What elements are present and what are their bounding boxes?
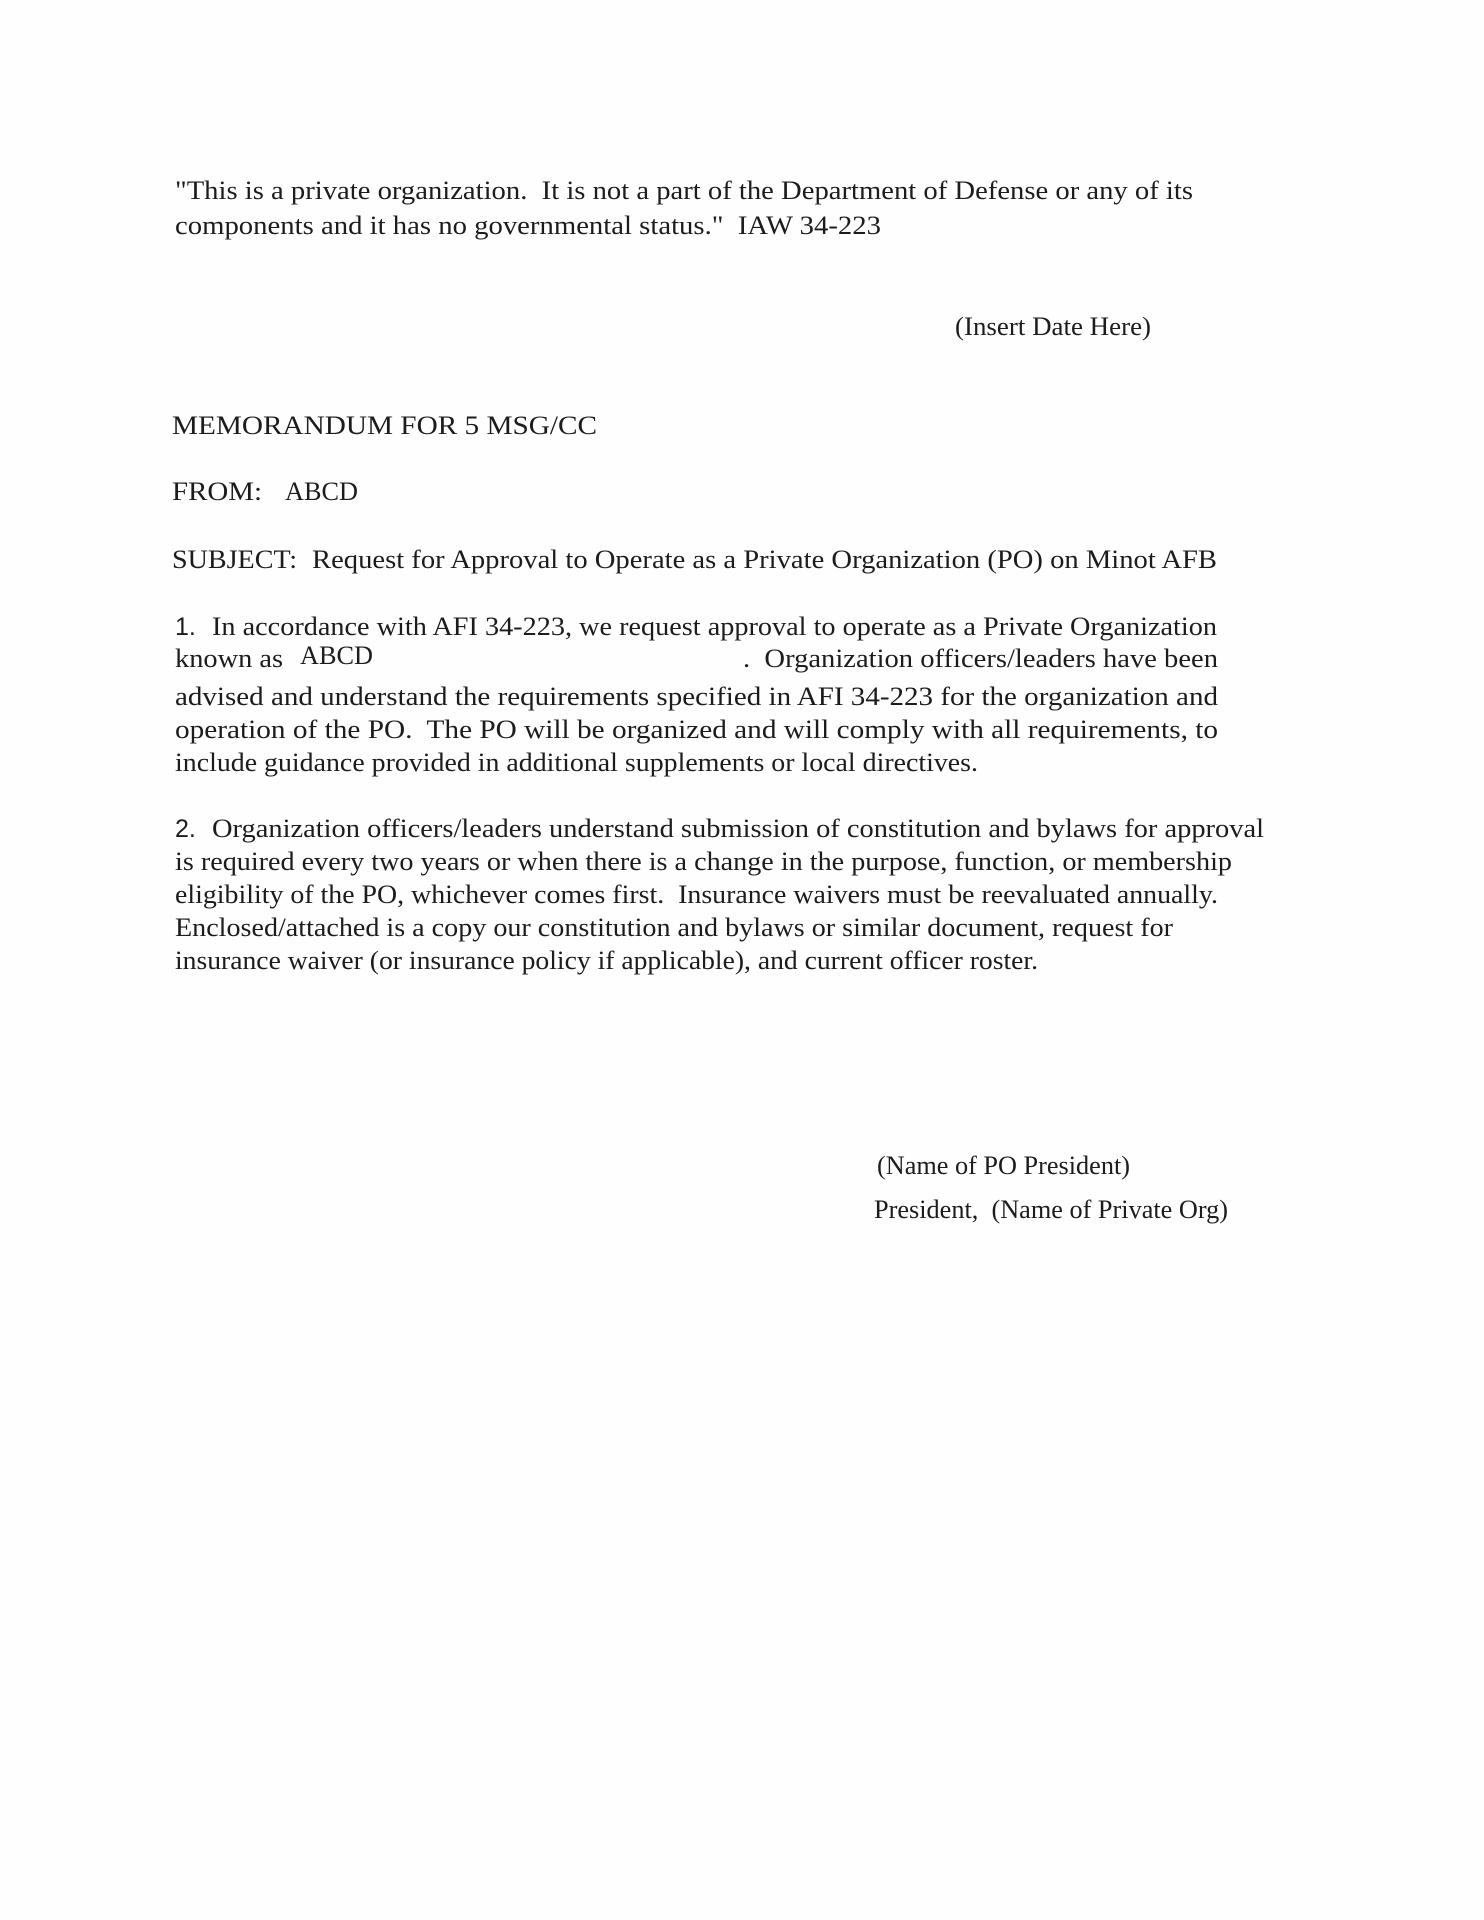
paragraph-2-number: 2. xyxy=(175,817,196,842)
paragraph-1-line-3: advised and understand the requirements … xyxy=(175,684,1218,710)
disclaimer-line-2: components and it has no governmental st… xyxy=(175,213,881,239)
from-value: ABCD xyxy=(285,479,358,505)
paragraph-2-line-5: insurance waiver (or insurance policy if… xyxy=(175,948,1038,974)
date-placeholder: (Insert Date Here) xyxy=(955,314,1151,340)
from-label: FROM: xyxy=(172,479,262,505)
org-name-field[interactable]: ABCD xyxy=(300,643,373,669)
memo-page: "This is a private organization. It is n… xyxy=(0,0,1484,1920)
paragraph-2-line-1: Organization officers/leaders understand… xyxy=(212,816,1264,842)
paragraph-1-line-5: include guidance provided in additional … xyxy=(175,750,978,776)
paragraph-2-line-4: Enclosed/attached is a copy our constitu… xyxy=(175,915,1173,941)
memo-for: MEMORANDUM FOR 5 MSG/CC xyxy=(172,413,597,439)
known-as-label: known as xyxy=(175,646,283,672)
signature-name: (Name of PO President) xyxy=(877,1153,1130,1179)
paragraph-2-line-2: is required every two years or when ther… xyxy=(175,849,1232,875)
paragraph-2-line-3: eligibility of the PO, whichever comes f… xyxy=(175,882,1218,908)
paragraph-1-line-2-rest: . Organization officers/leaders have bee… xyxy=(743,646,1218,672)
paragraph-1-number: 1. xyxy=(175,615,196,640)
signature-title: President, (Name of Private Org) xyxy=(874,1197,1228,1223)
subject-value: Request for Approval to Operate as a Pri… xyxy=(312,547,1217,573)
paragraph-1-line-4: operation of the PO. The PO will be orga… xyxy=(175,717,1218,743)
subject-label: SUBJECT: xyxy=(172,547,297,573)
disclaimer-line-1: "This is a private organization. It is n… xyxy=(175,178,1193,204)
paragraph-1-line-1: In accordance with AFI 34-223, we reques… xyxy=(212,614,1217,640)
